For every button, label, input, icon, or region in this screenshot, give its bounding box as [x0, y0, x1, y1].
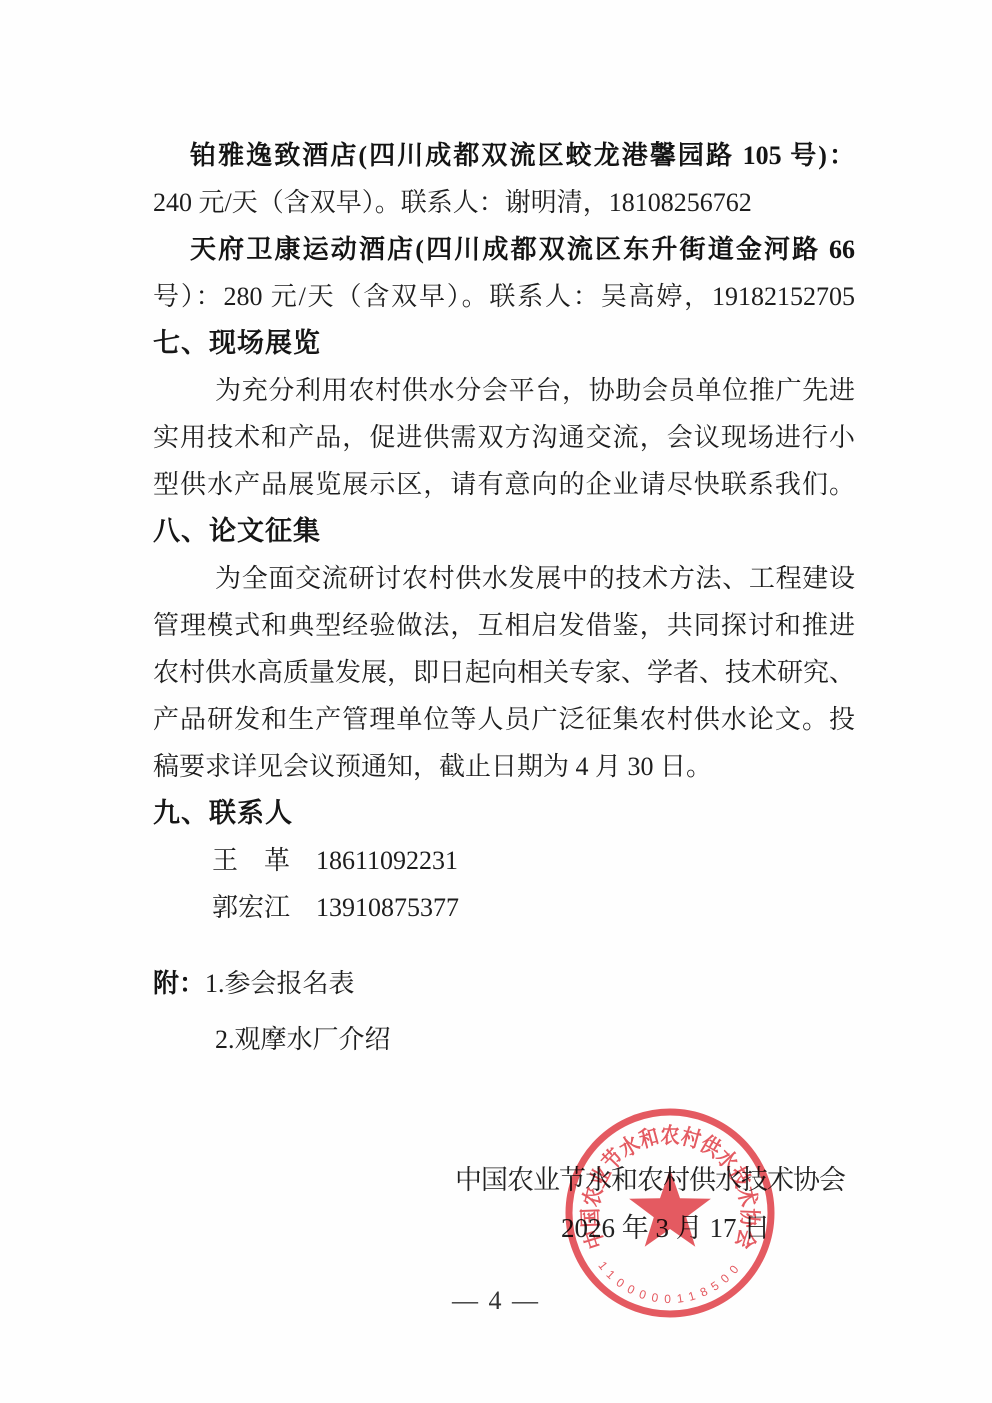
seal-graphic: 中国农业节水和农村供水技术协会 1100000118500: [562, 1107, 778, 1323]
document-line: 管理模式和典型经验做法，互相启发借鉴，共同探讨和推进: [153, 602, 855, 649]
contact-name: 郭宏江: [212, 884, 316, 931]
document-line: 型供水产品展览展示区，请有意向的企业请尽快联系我们。: [153, 461, 855, 508]
document-line: 郭宏江13910875377: [153, 884, 855, 931]
document-line: 为全面交流研讨农村供水发展中的技术方法、工程建设: [153, 555, 855, 602]
attachments-line-1: 附：1.参会报名表: [153, 960, 355, 1007]
contact-name: 王 革: [212, 837, 316, 884]
document-line: 天府卫康运动酒店(四川成都双流区东升街道金河路 66: [153, 226, 855, 273]
document-line: 实用技术和产品，促进供需双方沟通交流，会议现场进行小: [153, 414, 855, 461]
contact-phone: 18611092231: [316, 837, 458, 884]
official-seal-stamp: 中国农业节水和农村供水技术协会 1100000118500: [562, 1107, 778, 1323]
document-line: 产品研发和生产管理单位等人员广泛征集农村供水论文。投: [153, 696, 855, 743]
section-heading: 九、联系人: [153, 790, 855, 837]
page-number: — 4 —: [0, 1286, 992, 1316]
document-line: 农村供水高质量发展，即日起向相关专家、学者、技术研究、: [153, 649, 855, 696]
document-line: 王 革18611092231: [153, 837, 855, 884]
document-page: 铂雅逸致酒店(四川成都双流区蛟龙港馨园路 105 号)：240 元/天（含双早）…: [0, 0, 992, 1403]
seal-star-icon: [629, 1169, 711, 1247]
section-heading: 八、论文征集: [153, 508, 855, 555]
document-body: 铂雅逸致酒店(四川成都双流区蛟龙港馨园路 105 号)：240 元/天（含双早）…: [153, 132, 855, 931]
attachment-item-2: 2.观摩水厂介绍: [153, 1016, 391, 1063]
document-line: 号）：280 元/天（含双早）。联系人：吴高婷，19182152705: [153, 273, 855, 320]
attachment-item-1: 1.参会报名表: [205, 969, 355, 998]
contact-phone: 13910875377: [316, 884, 459, 931]
document-line: 240 元/天（含双早）。联系人：谢明清，18108256762: [153, 179, 855, 226]
document-line: 稿要求详见会议预通知，截止日期为 4 月 30 日。: [153, 743, 855, 790]
document-line: 铂雅逸致酒店(四川成都双流区蛟龙港馨园路 105 号)：: [153, 132, 855, 179]
attachments-label: 附：: [153, 969, 205, 998]
document-line: 为充分利用农村供水分会平台，协助会员单位推广先进: [153, 367, 855, 414]
section-heading: 七、现场展览: [153, 320, 855, 367]
